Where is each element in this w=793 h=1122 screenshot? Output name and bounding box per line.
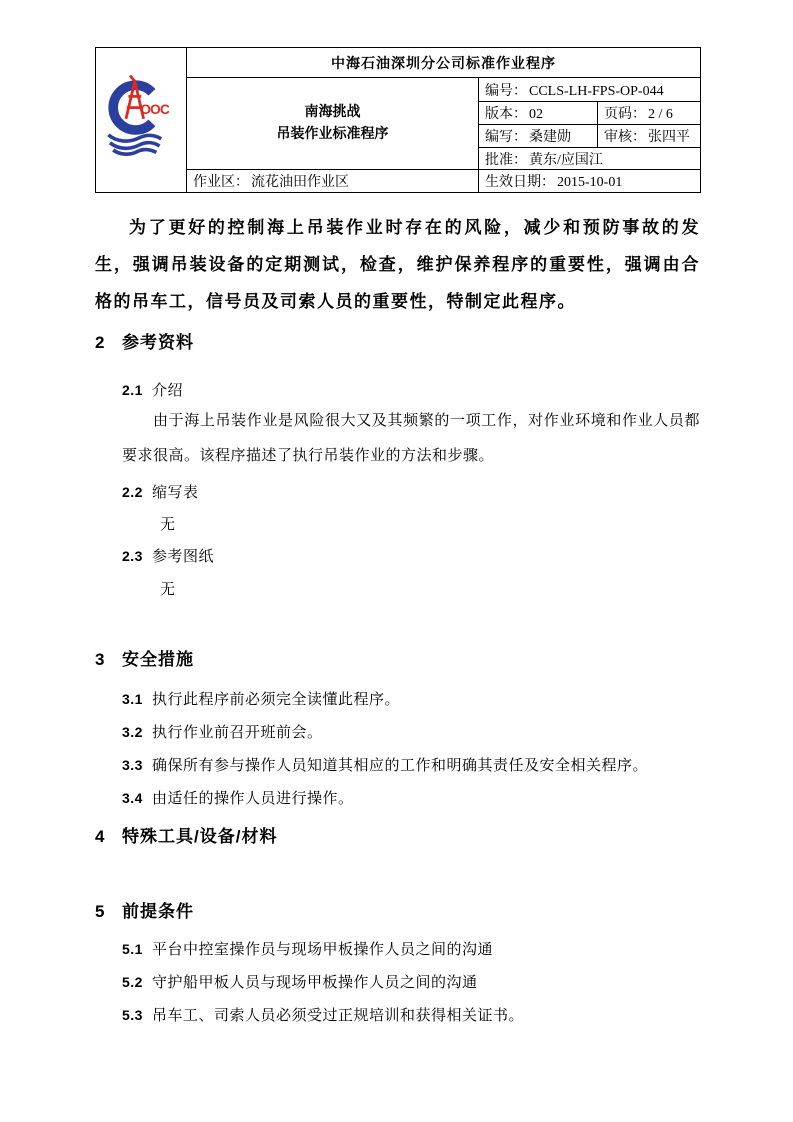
logo-cell: OOC (96, 48, 187, 193)
subsection-2-2-title: 缩写表 (152, 485, 199, 501)
header-table: OOC 中海石油深圳分公司标准作业程序 南海挑战 吊装作业标准程序 编号：CCL… (95, 47, 701, 193)
field-writer-label: 编写： (485, 130, 527, 145)
section-5-number: 5 (95, 902, 122, 922)
intro-paragraph: 为了更好的控制海上吊装作业时存在的风险，减少和预防事故的发生，强调吊装设备的定期… (95, 209, 700, 320)
list-item-5-1-text: 平台中控室操作员与现场甲板操作人员之间的沟通 (152, 942, 493, 958)
list-item-5-3: 5.3吊车工、司索人员必须受过正规培训和获得相关证书。 (122, 1004, 700, 1025)
section-2-title: 参考资料 (122, 333, 194, 352)
field-writer: 编写：桑建勋 (479, 125, 598, 148)
subsection-2-3-number: 2.3 (122, 548, 143, 564)
field-number-value: CCLS-LH-FPS-OP-044 (529, 84, 664, 99)
section-4-number: 4 (95, 827, 122, 847)
doc-title-line2: 吊装作业标准程序 (193, 124, 472, 146)
list-item-3-1-number: 3.1 (122, 691, 143, 707)
document-page: OOC 中海石油深圳分公司标准作业程序 南海挑战 吊装作业标准程序 编号：CCL… (0, 0, 793, 1122)
field-reviewer: 审核：张四平 (598, 125, 701, 148)
subsection-2-3-content: 无 (160, 578, 700, 599)
subsection-2-3-title: 参考图纸 (152, 549, 214, 565)
field-number: 编号：CCLS-LH-FPS-OP-044 (479, 78, 701, 102)
list-item-3-4-text: 由适任的操作人员进行操作。 (152, 791, 354, 807)
field-effective-date-value: 2015-10-01 (557, 175, 622, 190)
subsection-2-1-heading: 2.1介绍 (122, 379, 700, 400)
subsection-2-2-heading: 2.2缩写表 (122, 481, 700, 502)
list-item-3-4: 3.4由适任的操作人员进行操作。 (122, 787, 700, 808)
section-3-title: 安全措施 (122, 650, 194, 669)
field-version-label: 版本： (485, 107, 527, 122)
section-3-number: 3 (95, 650, 122, 670)
list-item-5-2-number: 5.2 (122, 974, 143, 990)
cnooc-logo: OOC (102, 66, 182, 170)
list-item-5-3-text: 吊车工、司索人员必须受过正规培训和获得相关证书。 (152, 1008, 524, 1024)
doc-title-cell: 南海挑战 吊装作业标准程序 (187, 78, 479, 170)
list-item-5-3-number: 5.3 (122, 1007, 143, 1023)
list-item-5-1: 5.1平台中控室操作员与现场甲板操作人员之间的沟通 (122, 938, 700, 959)
field-page-value: 2 / 6 (648, 107, 673, 122)
section-4-title: 特殊工具/设备/材料 (122, 827, 277, 846)
field-page: 页码：2 / 6 (598, 102, 701, 125)
list-item-3-1: 3.1执行此程序前必须完全读懂此程序。 (122, 688, 700, 709)
section-5-heading: 5前提条件 (95, 897, 700, 922)
subsection-2-1-paragraph: 由于海上吊装作业是风险很大又及其频繁的一项工作，对作业环境和作业人员都要求很高。… (122, 404, 700, 474)
field-area-label: 作业区： (193, 175, 249, 190)
field-area: 作业区：流花油田作业区 (187, 170, 479, 193)
list-item-3-2: 3.2执行作业前召开班前会。 (122, 721, 700, 742)
list-item-3-4-number: 3.4 (122, 790, 143, 806)
field-version-value: 02 (529, 107, 543, 122)
field-writer-value: 桑建勋 (529, 130, 571, 145)
section-3-heading: 3安全措施 (95, 645, 700, 670)
list-item-5-2-text: 守护船甲板人员与现场甲板操作人员之间的沟通 (152, 975, 478, 991)
field-approver-label: 批准： (485, 153, 527, 168)
section-5-title: 前提条件 (122, 902, 194, 921)
subsection-2-1-title: 介绍 (152, 383, 183, 399)
field-effective-date-label: 生效日期： (485, 175, 555, 190)
subsection-2-2-number: 2.2 (122, 484, 143, 500)
field-reviewer-value: 张四平 (648, 130, 690, 145)
doc-title-line1: 南海挑战 (193, 102, 472, 124)
subsection-2-2-content: 无 (160, 513, 700, 534)
subsection-2-1-number: 2.1 (122, 382, 143, 398)
list-item-3-1-text: 执行此程序前必须完全读懂此程序。 (152, 692, 400, 708)
field-approver-value: 黄东/应国江 (529, 153, 603, 168)
logo-waves-icon (108, 134, 161, 153)
field-area-value: 流花油田作业区 (251, 175, 349, 190)
list-item-3-3-text: 确保所有参与操作人员知道其相应的工作和明确其责任及安全相关程序。 (152, 758, 648, 774)
section-2-number: 2 (95, 333, 122, 353)
field-page-label: 页码： (604, 107, 646, 122)
list-item-3-3-number: 3.3 (122, 757, 143, 773)
section-2-heading: 2参考资料 (95, 328, 700, 353)
list-item-5-2: 5.2守护船甲板人员与现场甲板操作人员之间的沟通 (122, 971, 700, 992)
list-item-3-3: 3.3确保所有参与操作人员知道其相应的工作和明确其责任及安全相关程序。 (122, 754, 700, 775)
field-approver: 批准：黄东/应国江 (479, 148, 701, 170)
list-item-3-2-text: 执行作业前召开班前会。 (152, 725, 323, 741)
org-title: 中海石油深圳分公司标准作业程序 (187, 48, 701, 78)
field-effective-date: 生效日期：2015-10-01 (479, 170, 701, 193)
section-4-heading: 4特殊工具/设备/材料 (95, 822, 700, 847)
field-version: 版本：02 (479, 102, 598, 125)
subsection-2-3-heading: 2.3参考图纸 (122, 545, 700, 566)
list-item-3-2-number: 3.2 (122, 724, 143, 740)
list-item-5-1-number: 5.1 (122, 941, 143, 957)
logo-text: OOC (140, 102, 170, 117)
field-number-label: 编号： (485, 84, 527, 99)
field-reviewer-label: 审核： (604, 130, 646, 145)
